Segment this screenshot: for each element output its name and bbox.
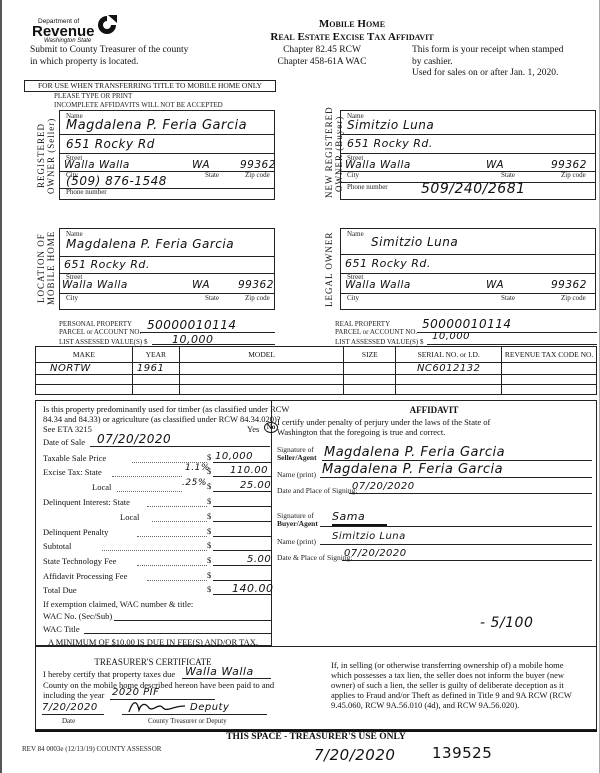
seller-street[interactable]: 651 Rocky Rd	[66, 137, 155, 151]
total-due[interactable]: 140.00	[232, 582, 274, 595]
location-name[interactable]: Magdalena P. Feria Garcia	[66, 237, 234, 251]
seller-state[interactable]: WA	[192, 159, 210, 171]
location-city[interactable]: Walla Walla	[62, 279, 128, 291]
handwritten-margin-note: - 5/100	[480, 615, 533, 631]
buyer-city[interactable]: Walla Walla	[345, 159, 411, 171]
treasurer-date[interactable]: 7/20/2020	[42, 702, 98, 713]
local-excise-tax[interactable]: 25.00	[240, 480, 271, 491]
seller-city[interactable]: Walla Walla	[64, 159, 130, 171]
taxable-sale-price[interactable]: 10,000	[215, 451, 253, 462]
usage-banner: FOR USE WHEN TRANSFERRING TITLE TO MOBIL…	[24, 80, 276, 92]
form-title-line2: Real Estate Excise Tax Affidavit	[52, 31, 600, 43]
treasurer-signature[interactable]: Deputy	[190, 702, 229, 713]
personal-assessed-value[interactable]: 10,000	[172, 333, 214, 346]
legal-owner-name[interactable]: Simitzio Luna	[371, 235, 458, 249]
affidavit-title: AFFIDAVIT	[271, 405, 597, 415]
wac-title-input[interactable]	[84, 623, 271, 634]
location-zip[interactable]: 99362	[238, 279, 274, 291]
location-section-label: LOCATION OFMOBILE HOME	[36, 228, 56, 308]
treasurer-county[interactable]: Walla Walla	[185, 665, 254, 678]
affidavit-form-page: Department of Revenue Washington State M…	[0, 0, 600, 773]
legal-owner-city[interactable]: Walla Walla	[345, 279, 411, 291]
local-excise-rate[interactable]: .25%	[182, 478, 207, 488]
real-assessed-value[interactable]: 10,000	[432, 331, 470, 342]
table-row	[36, 375, 597, 385]
receipt-number: 139525	[432, 744, 492, 762]
location-street[interactable]: 651 Rocky Rd.	[64, 258, 150, 271]
form-title-line1: Mobile Home	[52, 18, 600, 30]
seller-printed-name[interactable]: Magdalena P. Feria Garcia	[322, 462, 503, 477]
table-row	[36, 385, 597, 395]
buyer-signing-date[interactable]: 07/20/2020	[344, 548, 407, 559]
seller-section-label: REGISTEREDOWNER (Seller)	[36, 110, 56, 202]
buyer-box: Name Simitzio Luna 651 Rocky Rd. Street …	[340, 110, 596, 200]
real-parcel-number[interactable]: 50000010114	[422, 317, 511, 331]
wac-number-input[interactable]	[114, 610, 271, 621]
state-technology-fee[interactable]: 5.00	[247, 554, 271, 565]
location-box: Name Magdalena P. Feria Garcia 651 Rocky…	[59, 228, 275, 310]
buyer-signature-strike	[332, 524, 387, 526]
seller-zip[interactable]: 99362	[240, 159, 276, 171]
buyer-phone[interactable]: 509/240/2681	[421, 181, 526, 197]
state-excise-tax[interactable]: 110.00	[230, 465, 268, 476]
seller-signing-date[interactable]: 07/20/2020	[352, 481, 415, 492]
legal-owner-street[interactable]: 651 Rocky Rd.	[345, 257, 431, 270]
legal-owner-section-label: LEGAL OWNER	[324, 228, 334, 310]
date-of-sale[interactable]: 07/20/2020	[97, 432, 171, 446]
seller-signature[interactable]: Magdalena P. Feria Garcia	[324, 445, 505, 460]
buyer-street[interactable]: 651 Rocky Rd.	[347, 137, 433, 150]
mobile-home-details-table: MAKE YEAR MODEL SIZE SERIAL NO. or I.D. …	[35, 346, 597, 395]
seller-phone[interactable]: (509) 876-1548	[66, 174, 167, 188]
table-row: NORTW 1961 NC6012132	[36, 363, 597, 375]
legal-owner-box: Name Simitzio Luna 651 Rocky Rd. Street …	[340, 228, 596, 310]
buyer-signature[interactable]: Sama	[332, 510, 365, 523]
tax-lien-notice: If, in selling (or otherwise transferrin…	[331, 660, 572, 710]
seller-box: Name Magdalena P. Feria Garcia 651 Rocky…	[59, 110, 275, 200]
buyer-zip[interactable]: 99362	[551, 159, 587, 171]
stamp-date: 7/20/2020	[314, 746, 395, 764]
taxes-paid-year[interactable]: 2020 PIF	[112, 687, 159, 698]
timber-yes-option[interactable]: Yes	[247, 424, 259, 434]
buyer-name[interactable]: Simitzio Luna	[347, 118, 434, 132]
treasurer-use-only-label: THIS SPACE - TREASURER'S USE ONLY	[35, 732, 597, 742]
seller-name[interactable]: Magdalena P. Feria Garcia	[66, 118, 247, 133]
personal-parcel-number[interactable]: 50000010114	[147, 318, 236, 332]
treasurer-scribble-signature	[127, 700, 187, 714]
legal-owner-zip[interactable]: 99362	[551, 279, 587, 291]
legal-owner-state[interactable]: WA	[486, 279, 504, 291]
buyer-printed-name[interactable]: Simitzio Luna	[332, 531, 406, 542]
form-id: REV 84 0003e (12/13/19) COUNTY ASSESSOR	[22, 745, 161, 753]
buyer-state[interactable]: WA	[486, 159, 504, 171]
location-state[interactable]: WA	[192, 279, 210, 291]
